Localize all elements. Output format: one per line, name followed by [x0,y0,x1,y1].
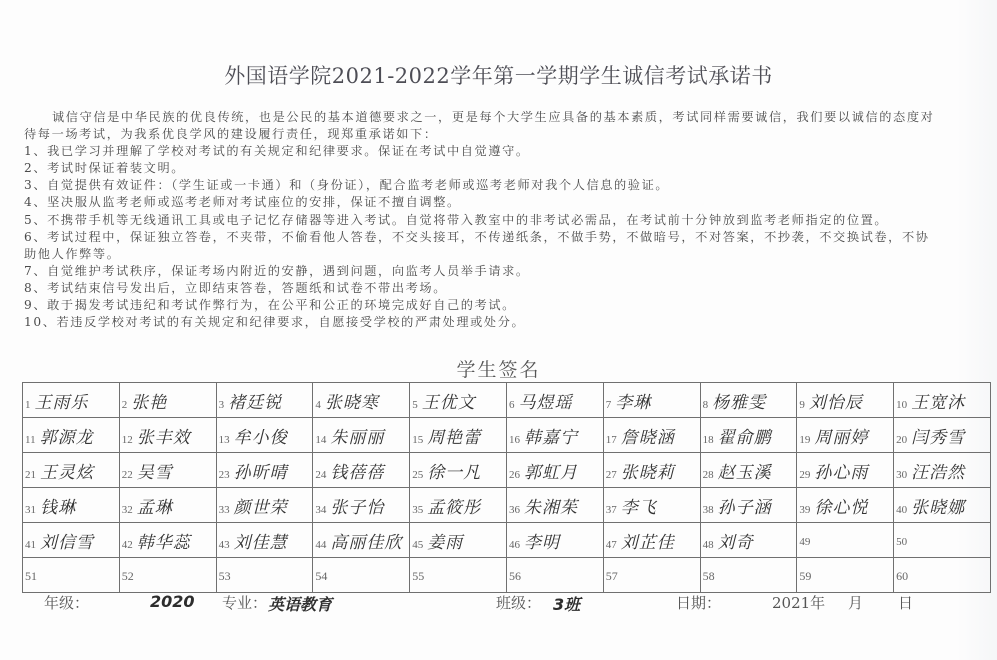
student-signature: 刘怡辰 [809,393,863,413]
pledge-item: 8、考试结束信号发出后，立即结束答卷，答题纸和试卷不带出考场。 [24,280,944,297]
student-signature: 翟俞鹏 [718,428,772,448]
seat-number: 28 [703,469,714,481]
grade-value: 2020 [150,592,195,611]
signature-cell[interactable]: 1王雨乐 [23,383,120,418]
signature-cell[interactable]: 2张艳 [119,383,216,418]
seat-number: 12 [122,434,133,446]
signature-cell[interactable]: 9刘怡辰 [797,383,894,418]
student-signature: 闫秀雪 [911,428,965,448]
signature-cell[interactable]: 17詹晓涵 [603,418,700,453]
date-month: 月 [848,592,863,613]
seat-number: 22 [122,469,133,481]
seat-number: 51 [25,569,37,583]
signature-cell[interactable]: 42韩华蕊 [119,523,216,558]
student-signature: 刘信雪 [40,533,94,553]
seat-number: 10 [896,399,907,411]
seat-number: 46 [509,539,520,551]
seat-number: 25 [412,469,423,481]
student-signature: 高丽佳欣 [330,533,402,553]
signature-cell[interactable]: 16韩嘉宁 [506,418,603,453]
student-signature: 韩华蕊 [137,533,191,553]
seat-number: 50 [896,536,907,548]
student-signature: 刘芷佳 [621,533,675,553]
seat-number: 32 [122,504,133,516]
signature-cell[interactable]: 46李明 [506,523,603,558]
seat-number: 17 [606,434,617,446]
signature-cell[interactable]: 43刘佳慧 [216,523,313,558]
seat-number: 20 [896,434,907,446]
student-signature: 郭虹月 [524,463,578,483]
student-signature: 朱丽丽 [330,428,384,448]
student-signature: 张晓寒 [325,393,379,413]
seat-number: 34 [315,504,326,516]
seat-number: 3 [219,399,225,411]
date-label: 日期： [676,592,721,613]
seat-number: 56 [509,569,521,583]
signature-cell[interactable]: 39徐心悦 [797,488,894,523]
signature-cell[interactable]: 10王宽沐 [894,383,991,418]
student-signature: 钱琳 [40,498,76,518]
signature-cell[interactable]: 49 [797,523,894,558]
signature-cell[interactable]: 41刘信雪 [23,523,120,558]
intro-line: 待每一场考试，为我系优良学风的建设履行责任，现郑重承诺如下： [24,126,944,143]
seat-number: 27 [606,469,617,481]
signature-cell[interactable]: 4张晓寒 [313,383,410,418]
signature-cell[interactable]: 13牟小俊 [216,418,313,453]
signature-row: 31钱琳32孟琳33颜世荣34张子怡35孟筱彤36朱湘茱37李飞38孙子涵39徐… [23,488,991,523]
seat-number: 59 [799,569,811,583]
seat-number: 18 [703,434,714,446]
student-signature: 徐一凡 [427,463,481,483]
student-signature: 孟筱彤 [427,498,481,518]
seat-number: 45 [412,539,423,551]
signature-cell[interactable]: 18翟俞鹏 [700,418,797,453]
signature-cell[interactable]: 28赵玉溪 [700,453,797,488]
signature-cell[interactable]: 29孙心雨 [797,453,894,488]
signature-cell[interactable]: 52 [119,558,216,593]
student-signature: 郭源龙 [40,428,94,448]
pledge-item: 3、自觉提供有效证件：（学生证或一卡通）和（身份证），配合监考老师或巡考老师对我… [24,177,944,194]
seat-number: 4 [315,399,321,411]
seat-number: 1 [25,399,31,411]
signature-cell[interactable]: 53 [216,558,313,593]
seat-number: 40 [896,504,907,516]
seat-number: 54 [315,569,327,583]
signature-cell[interactable]: 51 [23,558,120,593]
signature-cell[interactable]: 24钱蓓蓓 [313,453,410,488]
seat-number: 52 [122,569,134,583]
student-signature: 李飞 [621,498,657,518]
student-signature: 韩嘉宁 [524,428,578,448]
class-label: 班级： [496,592,541,613]
seat-number: 5 [412,399,418,411]
seat-number: 38 [703,504,714,516]
student-signature: 刘奇 [718,533,754,553]
signature-row: 41刘信雪42韩华蕊43刘佳慧44高丽佳欣45姜雨46李明47刘芷佳48刘奇49… [23,523,991,558]
student-signature: 王优文 [422,393,476,413]
seat-number: 15 [412,434,423,446]
signature-row: 21王灵炫22吴雪23孙昕晴24钱蓓蓓25徐一凡26郭虹月27张晓莉28赵玉溪2… [23,453,991,488]
seat-number: 33 [219,504,230,516]
seat-number: 48 [703,539,714,551]
signature-cell[interactable]: 25徐一凡 [410,453,507,488]
pledge-item: 6、考试过程中，保证独立答卷，不夹带，不偷看他人答卷，不交头接耳，不传递纸条，不… [24,229,944,246]
signature-cell[interactable]: 36朱湘茱 [506,488,603,523]
student-signature: 孟琳 [137,498,173,518]
pledge-body: 诚信守信是中华民族的优良传统，也是公民的基本道德要求之一，更是每个大学生应具备的… [24,109,944,331]
signature-cell[interactable]: 26郭虹月 [506,453,603,488]
student-signature: 孙心雨 [814,463,868,483]
seat-number: 7 [606,399,612,411]
signature-cell[interactable]: 7李琳 [603,383,700,418]
signature-cell[interactable]: 14朱丽丽 [313,418,410,453]
signature-cell[interactable]: 60 [894,558,991,593]
seat-number: 57 [606,569,618,583]
pledge-item: 9、敢于揭发考试违纪和考试作弊行为，在公平和公正的环境完成好自己的考试。 [24,297,944,314]
seat-number: 60 [896,569,908,583]
student-signature: 王灵炫 [40,463,94,483]
signature-cell[interactable]: 55 [410,558,507,593]
document-title: 外国语学院2021-2022学年第一学期学生诚信考试承诺书 [0,60,997,90]
student-signature: 汪浩然 [911,463,965,483]
seat-number: 55 [412,569,424,583]
student-signature: 詹晓涵 [621,428,675,448]
signature-cell[interactable]: 31钱琳 [23,488,120,523]
signature-row: 51525354555657585960 [23,558,991,593]
class-value: 3班 [553,592,580,615]
student-signature: 赵玉溪 [718,463,772,483]
signature-cell[interactable]: 11郭源龙 [23,418,120,453]
signature-cell[interactable]: 23孙昕晴 [216,453,313,488]
major-label: 专业： [222,592,267,613]
student-signature: 牟小俊 [234,428,288,448]
seat-number: 43 [219,539,230,551]
seat-number: 30 [896,469,907,481]
signature-cell[interactable]: 40张晓娜 [894,488,991,523]
seat-number: 11 [25,434,36,446]
seat-number: 42 [122,539,133,551]
signature-cell[interactable]: 8杨雅雯 [700,383,797,418]
seat-number: 21 [25,469,36,481]
seat-number: 41 [25,539,36,551]
date-year: 2021年 [772,592,825,613]
student-signature: 姜雨 [427,533,463,553]
seat-number: 23 [219,469,230,481]
student-signature: 李明 [524,533,560,553]
seat-number: 9 [799,399,805,411]
seat-number: 26 [509,469,520,481]
seat-number: 58 [703,569,715,583]
seat-number: 2 [122,399,128,411]
grade-label: 年级： [44,592,89,613]
student-signature: 朱湘茱 [524,498,578,518]
pledge-item: 10、若违反学校对考试的有关规定和纪律要求，自愿接受学校的严肃处理或处分。 [24,314,944,331]
student-signature: 钱蓓蓓 [330,463,384,483]
footer-info: 年级： 2020 专业： 英语教育 班级： 3班 日期： 2021年 月 日 [0,592,997,616]
student-signature: 张艳 [131,393,167,413]
signature-section-title: 学生签名 [0,355,997,382]
pledge-item: 7、自觉维护考试秩序，保证考场内附近的安静，遇到问题，向监考人员举手请求。 [24,263,944,280]
signature-cell[interactable]: 22吴雪 [119,453,216,488]
signature-cell[interactable]: 54 [313,558,410,593]
seat-number: 31 [25,504,36,516]
student-signature: 张晓娜 [911,498,965,518]
major-value: 英语教育 [268,592,332,615]
pledge-item: 1、我已学习并理解了学校对考试的有关规定和纪律要求。保证在考试中自觉遵守。 [24,143,944,160]
seat-number: 19 [799,434,810,446]
signature-cell[interactable]: 27张晓莉 [603,453,700,488]
signature-cell[interactable]: 50 [894,523,991,558]
signature-cell[interactable]: 6马煜瑶 [506,383,603,418]
student-signature: 张子怡 [330,498,384,518]
signature-cell[interactable]: 3褚廷锐 [216,383,313,418]
seat-number: 14 [315,434,326,446]
student-signature: 徐心悦 [814,498,868,518]
signature-cell[interactable]: 19周丽婷 [797,418,894,453]
signature-cell[interactable]: 30汪浩然 [894,453,991,488]
seat-number: 16 [509,434,520,446]
signature-cell[interactable]: 35孟筱彤 [410,488,507,523]
signature-cell[interactable]: 56 [506,558,603,593]
date-day: 日 [898,592,913,613]
student-signature: 褚廷锐 [228,393,282,413]
signature-cell[interactable]: 12张丰效 [119,418,216,453]
seat-number: 6 [509,399,515,411]
signature-cell[interactable]: 15周艳蕾 [410,418,507,453]
seat-number: 47 [606,539,617,551]
seat-number: 29 [799,469,810,481]
signature-cell[interactable]: 33颜世荣 [216,488,313,523]
signature-cell[interactable]: 48刘奇 [700,523,797,558]
student-signature: 王雨乐 [35,393,89,413]
signature-table: 1王雨乐2张艳3褚廷锐4张晓寒5王优文6马煜瑶7李琳8杨雅雯9刘怡辰10王宽沐1… [22,382,991,593]
signature-cell[interactable]: 21王灵炫 [23,453,120,488]
student-signature: 李琳 [615,393,651,413]
seat-number: 44 [315,539,326,551]
pledge-item: 2、考试时保证着装文明。 [24,160,944,177]
signature-row: 11郭源龙12张丰效13牟小俊14朱丽丽15周艳蕾16韩嘉宁17詹晓涵18翟俞鹏… [23,418,991,453]
seat-number: 13 [219,434,230,446]
pledge-item: 5、不携带手机等无线通讯工具或电子记忆存储器等进入考试。自觉将带入教室中的非考试… [24,212,944,229]
signature-cell[interactable]: 20闫秀雪 [894,418,991,453]
signature-cell[interactable]: 34张子怡 [313,488,410,523]
seat-number: 53 [219,569,231,583]
signature-cell[interactable]: 59 [797,558,894,593]
student-signature: 孙子涵 [718,498,772,518]
seat-number: 35 [412,504,423,516]
student-signature: 颜世荣 [234,498,288,518]
signature-row: 1王雨乐2张艳3褚廷锐4张晓寒5王优文6马煜瑶7李琳8杨雅雯9刘怡辰10王宽沐 [23,383,991,418]
student-signature: 杨雅雯 [712,393,766,413]
pledge-item: 4、坚决服从监考老师或巡考老师对考试座位的安排，保证不擅自调整。 [24,194,944,211]
student-signature: 刘佳慧 [234,533,288,553]
seat-number: 24 [315,469,326,481]
signature-cell[interactable]: 5王优文 [410,383,507,418]
pledge-item: 助他人作弊等。 [24,246,944,263]
student-signature: 马煜瑶 [518,393,572,413]
signature-cell[interactable]: 37李飞 [603,488,700,523]
student-signature: 周艳蕾 [427,428,481,448]
student-signature: 王宽沐 [911,393,965,413]
signature-cell[interactable]: 38孙子涵 [700,488,797,523]
signature-cell[interactable]: 45姜雨 [410,523,507,558]
intro-line: 诚信守信是中华民族的优良传统，也是公民的基本道德要求之一，更是每个大学生应具备的… [24,109,944,126]
seat-number: 49 [799,536,810,548]
signature-cell[interactable]: 32孟琳 [119,488,216,523]
signature-cell[interactable]: 47刘芷佳 [603,523,700,558]
student-signature: 张丰效 [137,428,191,448]
signature-cell[interactable]: 58 [700,558,797,593]
student-signature: 周丽婷 [814,428,868,448]
signature-cell[interactable]: 57 [603,558,700,593]
student-signature: 孙昕晴 [234,463,288,483]
signature-cell[interactable]: 44高丽佳欣 [313,523,410,558]
seat-number: 39 [799,504,810,516]
seat-number: 37 [606,504,617,516]
student-signature: 张晓莉 [621,463,675,483]
seat-number: 36 [509,504,520,516]
student-signature: 吴雪 [137,463,173,483]
seat-number: 8 [703,399,709,411]
